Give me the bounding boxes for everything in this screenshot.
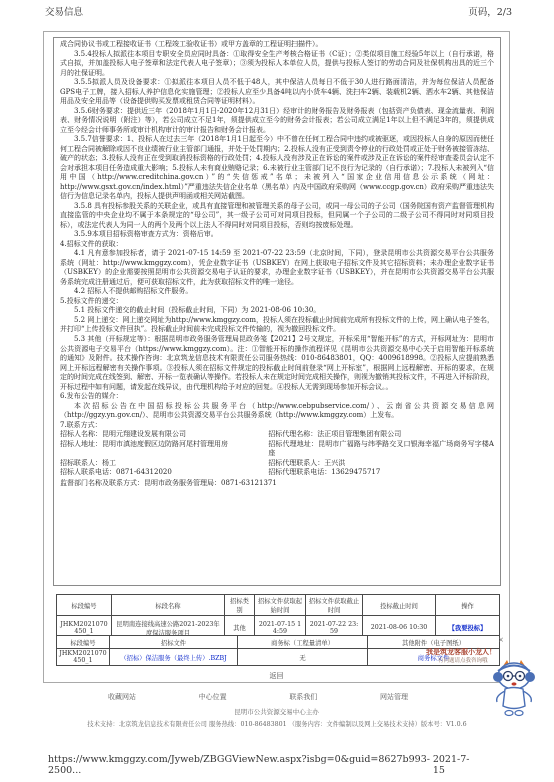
announcement-paragraph: 5.1 投标文件递交的截止时间（投标截止时间，下同）为 2021-08-06 1… bbox=[60, 306, 494, 316]
file-table-cell-link[interactable]: （招标）保洁服务（最终上传）.BZBJ bbox=[110, 649, 238, 666]
footer-link[interactable]: 联系我们 bbox=[289, 692, 317, 702]
supervision-line: 监督部门名称及联系方式：昆明市政务服务管理局：0871-63121371 bbox=[60, 479, 494, 489]
announcement-paragraph: 6.发布公告的媒介： bbox=[60, 392, 494, 402]
section-table-header-cell: 操作 bbox=[436, 595, 500, 616]
section-table-header-cell: 投标截止时间 bbox=[363, 595, 436, 616]
announcement-paragraph: 3.5.6财务要求：提供近三年（2018年1月1日-2020年12月31日）经审… bbox=[60, 107, 494, 136]
announcement-paragraph: 3.5.9本项目招标资格审查方式为：资格后审。 bbox=[60, 230, 494, 240]
contact-info: 招标人名称：昆明元翔建设发展有限公司招标代理名称：法正项目管理集团有限公司招标人… bbox=[60, 430, 494, 478]
contact-right-cell: 招标代理联系电话：13629475717 bbox=[268, 468, 494, 478]
announcement-paragraph: 3.5.5拟派人员及设备要求：①拟派往本项目人员不低于48人，其中保洁人员每日不… bbox=[60, 78, 494, 107]
contact-left-cell: 招标人联系电话：0871-64312020 bbox=[60, 468, 268, 478]
file-table-header-cell: 商务标（工程量清单） bbox=[238, 636, 368, 649]
announcement-paragraph: 5.3 其他（开标规定等）：根据昆明市政务服务管理局昆政务笺【2021】2号文规… bbox=[60, 335, 494, 392]
mascot-tooltip-subtitle: 有问题请点我咨询哦 bbox=[438, 656, 488, 664]
announcement-paragraph: 7.联系方式： bbox=[60, 421, 494, 431]
section-table-header-cell: 招标文件获取起始时间 bbox=[255, 595, 306, 616]
contact-left-cell: 招标人地址：昆明市滇池度假区边防路河尾村管理用房 bbox=[60, 440, 268, 459]
contact-right-cell: 招标代理地址：昆明市广福路与纬季路交叉口银海幸福广场商务写字楼A座 bbox=[268, 440, 494, 459]
contact-row: 招标人地址：昆明市滇池度假区边防路河尾村管理用房招标代理地址：昆明市广福路与纬季… bbox=[60, 440, 494, 459]
announcement-paragraph: 4.1 凡有意参加投标者，请于 2021-07-15 14:59 至 2021-… bbox=[60, 249, 494, 287]
file-table-header-cell: 招标文件 bbox=[110, 636, 238, 649]
footer-link[interactable]: 收藏网站 bbox=[108, 692, 136, 702]
section-table-header-cell: 招标文件获取截止时间 bbox=[306, 595, 363, 616]
announcement-paragraph: 4.2 招标人不提供邮购招标文件服务。 bbox=[60, 287, 494, 297]
back-button[interactable]: 返回 bbox=[44, 671, 509, 681]
announcement-paragraph: 4.招标文件的获取： bbox=[60, 240, 494, 250]
print-header: 交易信息 页码，2/3 bbox=[45, 4, 512, 18]
print-date: 2021-7-15 bbox=[433, 754, 478, 776]
close-icon[interactable]: × bbox=[498, 636, 504, 644]
bid-section-table: 标段编号标段名称招标类别招标文件获取起始时间招标文件获取截止时间投标截止时间操作… bbox=[56, 594, 500, 640]
contact-left-cell: 招标人名称：昆明元翔建设发展有限公司 bbox=[60, 430, 268, 440]
announcement-paragraph: 3.5.7信誉要求：1、投标人在过去三年（2018年1月1日起至今）中不曾在任何… bbox=[60, 135, 494, 202]
file-table-cell: 无 bbox=[238, 649, 368, 666]
footer-link[interactable]: 中心位置 bbox=[199, 692, 227, 702]
contact-row: 招标人名称：昆明元翔建设发展有限公司招标代理名称：法正项目管理集团有限公司 bbox=[60, 430, 494, 440]
announcement-paragraph: 5.投标文件的递交： bbox=[60, 297, 494, 307]
announcement-paragraphs: 成合同协议书或工程接收证书（工程竣工验收证书）或甲方盖章的工程证明扫描件）。3.… bbox=[60, 40, 494, 430]
section-table-header-cell: 标段名称 bbox=[112, 595, 225, 616]
announcement-paragraph: 本次招标公告在中国招标投标公共服务平台（http://www.cebpubser… bbox=[60, 402, 494, 421]
content-frame: 成合同协议书或工程接收证书（工程竣工验收证书）或甲方盖章的工程证明扫描件）。3.… bbox=[43, 31, 510, 683]
contact-row: 招标联系人：杨工招标代理联系人：王兴洪 bbox=[60, 459, 494, 469]
page-number: 页码，2/3 bbox=[468, 4, 512, 18]
page-url: https://www.kmggzy.com/Jyweb/ZBGGViewNew… bbox=[48, 754, 433, 776]
file-table-header-cell: 标段编号 bbox=[57, 636, 110, 649]
contact-right-cell: 招标代理联系人：王兴洪 bbox=[268, 459, 494, 469]
announcement-paragraph: 成合同协议书或工程接收证书（工程竣工验收证书）或甲方盖章的工程证明扫描件）。 bbox=[60, 40, 494, 50]
announcement-paragraph: 3.5.4投标人拟派往本项目专职安全员应同时具备：①取得安全生产考核合格证书（C… bbox=[60, 50, 494, 79]
contact-row: 招标人联系电话：0871-64312020招标代理联系电话：1362947571… bbox=[60, 468, 494, 478]
print-footer: https://www.kmggzy.com/Jyweb/ZBGGViewNew… bbox=[48, 754, 478, 776]
file-table-cell: JHKM2021070450_1 bbox=[57, 649, 110, 666]
contact-left-cell: 招标联系人：杨工 bbox=[60, 459, 268, 469]
footer-link[interactable]: 网站管理 bbox=[380, 692, 408, 702]
print-page: 交易信息 页码，2/3 成合同协议书或工程接收证书（工程竣工验收证书）或甲方盖章… bbox=[0, 0, 554, 782]
customer-service-mascot-icon[interactable] bbox=[487, 658, 543, 720]
bid-section-table-header: 标段编号标段名称招标类别招标文件获取起始时间招标文件获取截止时间投标截止时间操作 bbox=[57, 595, 500, 616]
header-section-title: 交易信息 bbox=[45, 4, 83, 18]
section-table-header-cell: 招标类别 bbox=[225, 595, 255, 616]
footer-support-line: 技术支持：北京筑龙信息技术有限责任公司 服务热线：010-86483801 （服… bbox=[0, 719, 554, 728]
contact-right-cell: 招标代理名称：法正项目管理集团有限公司 bbox=[268, 430, 494, 440]
footer-host-line: 昆明市公共资源交易中心主办 bbox=[43, 707, 510, 716]
announcement-text-box: 成合同协议书或工程接收证书（工程竣工验收证书）或甲方盖章的工程证明扫描件）。3.… bbox=[53, 37, 501, 586]
section-table-header-cell: 标段编号 bbox=[57, 595, 112, 616]
footer-nav: 收藏网站中心位置联系我们网站管理 bbox=[108, 692, 408, 702]
announcement-paragraph: 3.5.8 具有投标参股关系的关联企业，或具有直接管理和被管理关系的母子公司，或… bbox=[60, 202, 494, 231]
announcement-paragraph: 5.2 网上递交：网上递交网址为http://www.kmggzy.com，投标… bbox=[60, 316, 494, 335]
